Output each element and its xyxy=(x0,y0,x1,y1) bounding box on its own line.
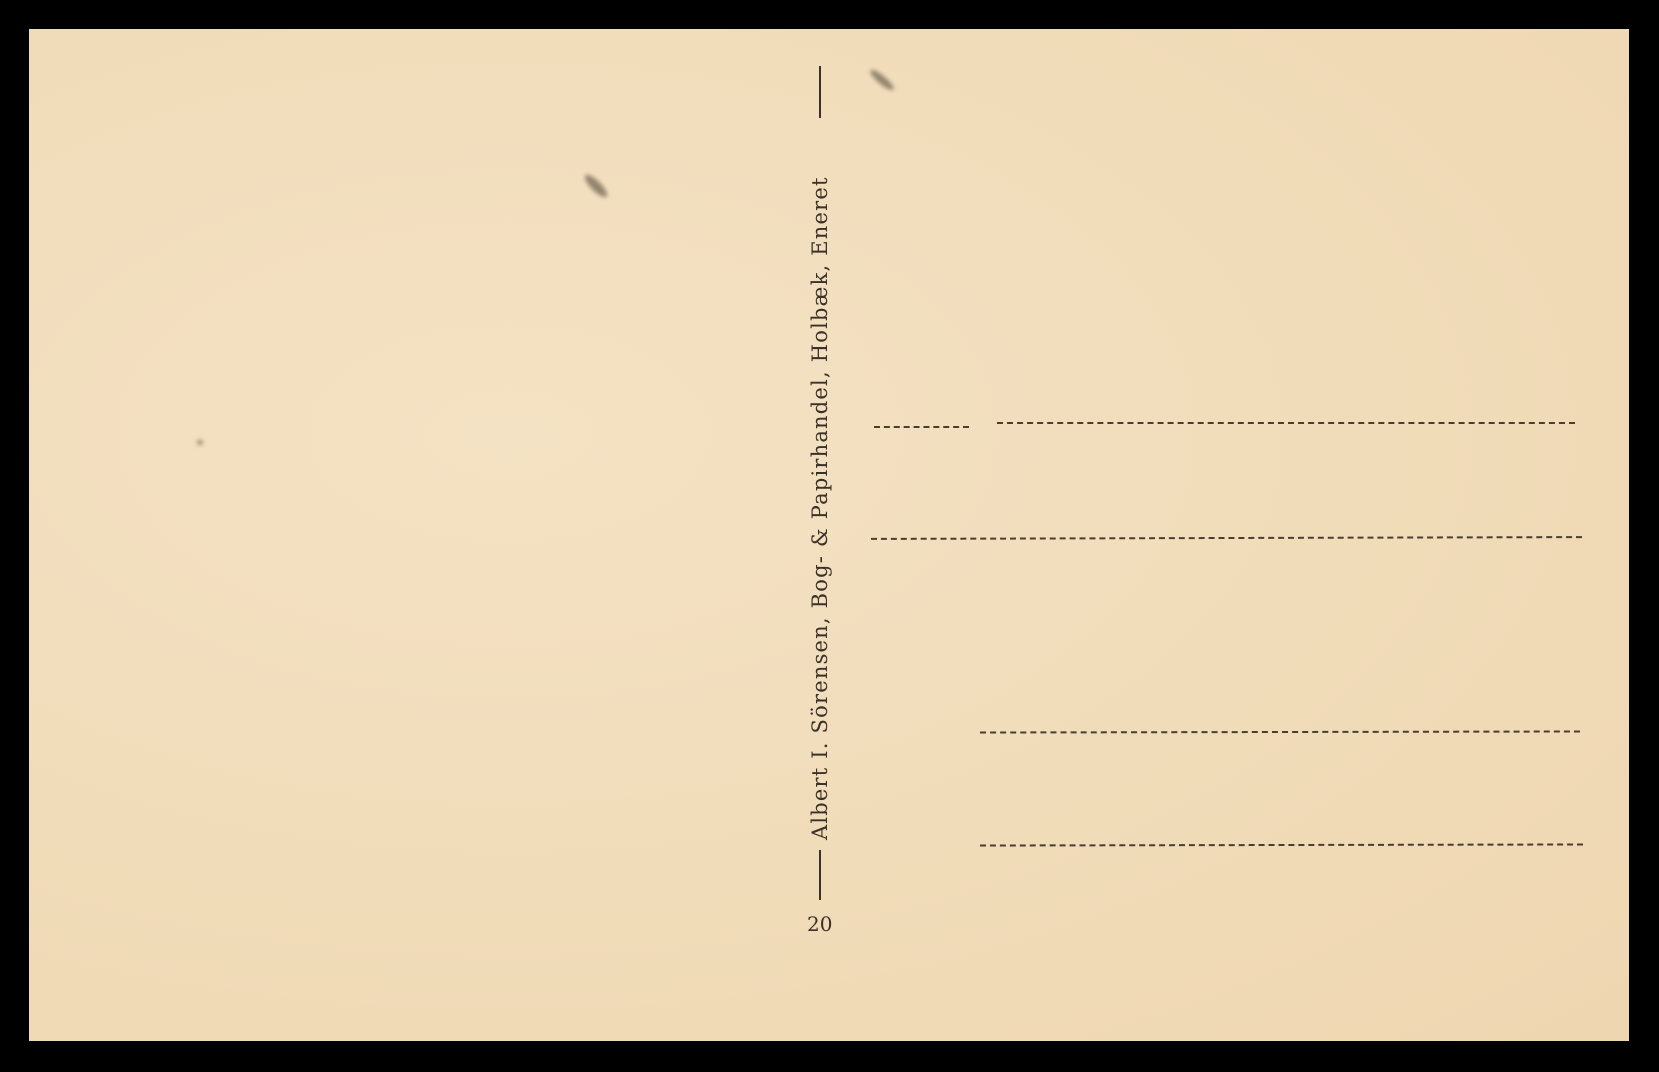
divider-top-rule xyxy=(819,66,821,118)
address-line-1b xyxy=(997,422,1575,424)
address-line-3 xyxy=(980,730,1580,733)
address-line-4 xyxy=(980,843,1583,846)
address-line-1a xyxy=(874,426,969,428)
publisher-text: Albert I. Sörensen, Bog- & Papirhandel, … xyxy=(808,176,832,840)
address-line-2 xyxy=(871,536,1582,540)
ink-speck xyxy=(197,440,203,445)
divider-bottom-rule xyxy=(819,850,821,900)
card-number: 20 xyxy=(807,912,832,936)
ink-smudge xyxy=(582,172,610,200)
ink-smudge xyxy=(868,67,896,92)
